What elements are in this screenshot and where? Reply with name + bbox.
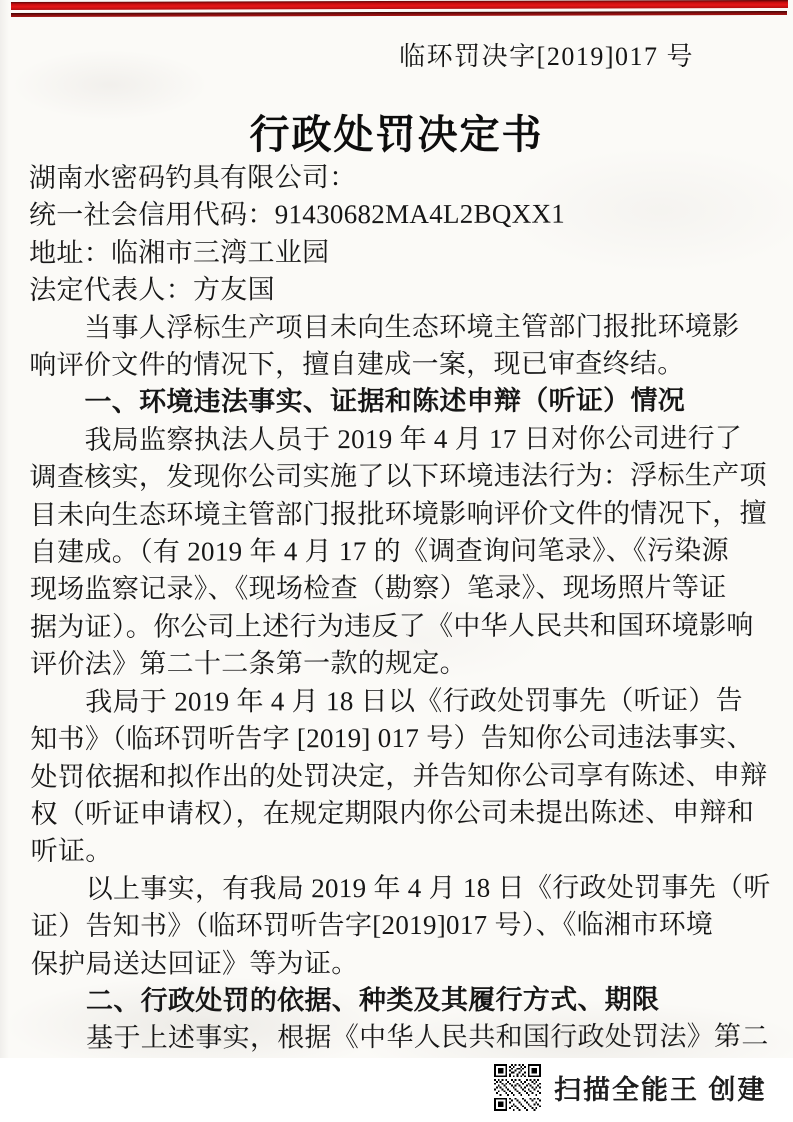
body-line: 基于上述事实，根据《中华人民共和国行政处罚法》第二 [31,1018,771,1057]
scanner-watermark-row: 扫描全能王 创建 [494,1064,767,1111]
letterhead-stripe-thick [11,0,788,10]
doc-number: 临环罚决字[2019]017 号 [399,36,694,73]
body-line: 据为证）。你公司上述行为违反了《中华人民共和国环境影响 [30,607,770,646]
body-line: 当事人浮标生产项目未向生态环境主管部门报批环境影 [29,308,769,347]
body-line: 保护局送达回证》等为证。 [31,944,771,983]
body-line: 响评价文件的情况下，擅自建成一案，现已审查终结。 [29,345,769,384]
body-line: 处罚依据和拟作出的处罚决定，并告知你公司享有陈述、申辩 [30,757,770,796]
body-line: 目未向生态环境主管部门报批环境影响评价文件的情况下，擅 [30,495,770,534]
body-line: 听证。 [31,831,771,870]
body-line: 我局于 2019 年 4 月 18 日以《行政处罚事先（听证）告 [30,682,770,721]
body-line: 现场监察记录》、《现场检查（勘察）笔录》、现场照片等证 [30,570,770,609]
page-title: 行政处罚决定书 [0,103,793,160]
body-line: 权（听证申请权），在规定期限内你公司未提出陈述、申辩和 [30,794,770,833]
body-line: 统一社会信用代码：91430682MA4L2BQXX1 [29,195,769,234]
document-body: 湖南水密码钓具有限公司： 统一社会信用代码：91430682MA4L2BQXX1… [29,158,771,1058]
section-heading: 二、行政处罚的依据、种类及其履行方式、期限 [31,981,771,1020]
body-line: 我局监察执法人员于 2019 年 4 月 17 日对你公司进行了 [30,420,770,459]
body-line: 评价法》第二十二条第一款的规定。 [30,644,770,683]
body-line: 地址：临湘市三湾工业园 [29,233,769,272]
qr-code-icon [494,1064,541,1111]
body-line: 证）告知书》（临环罚听告字[2019]017 号）、《临湘市环境 [31,906,771,945]
scanned-document-page: 临环罚决字[2019]017 号 行政处罚决定书 湖南水密码钓具有限公司： 统一… [0,0,793,1122]
section-heading: 一、环境违法事实、证据和陈述申辩（听证）情况 [29,382,769,421]
body-line: 法定代表人：方友国 [29,270,769,309]
body-line: 自建成。（有 2019 年 4 月 17 的《调查询问笔录》、《污染源 [30,532,770,571]
letterhead-stripes [0,0,793,17]
body-line: 知书》（临环罚听告字 [2019] 017 号）告知你公司违法事实、 [30,719,770,758]
body-line: 以上事实，有我局 2019 年 4 月 18 日《行政处罚事先（听 [31,869,771,908]
body-line: 调查核实，发现你公司实施了以下环境违法行为：浮标生产项 [30,457,770,496]
body-line: 湖南水密码钓具有限公司： [29,158,769,197]
scanner-watermark: 扫描全能王 创建 [554,1068,767,1107]
